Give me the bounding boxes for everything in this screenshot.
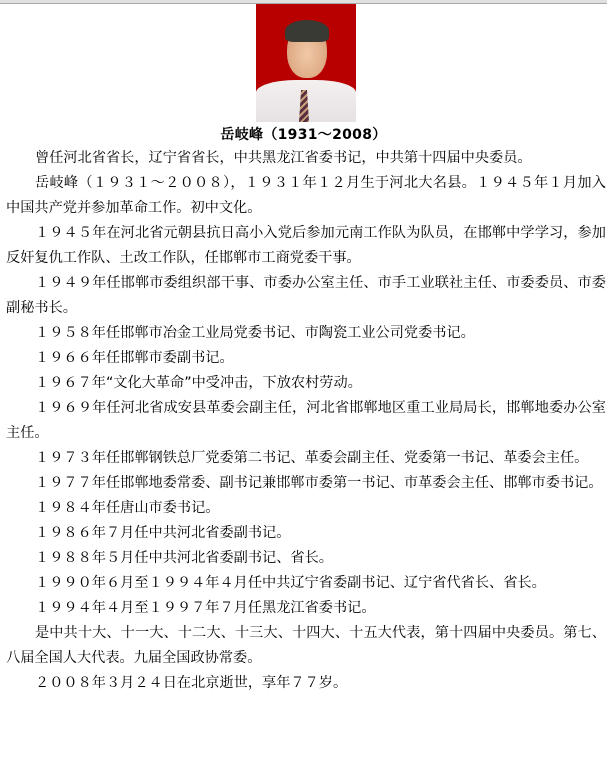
paragraph-1990: １９９０年６月至１９９４年４月任中共辽宁省委副书记、辽宁省代省长、省长。: [6, 571, 606, 596]
portrait-photo: [256, 4, 356, 122]
paragraph-summary: 曾任河北省省长，辽宁省省长，中共黑龙江省委书记，中共第十四届中央委员。: [6, 146, 606, 171]
paragraph-1945: １９４５年在河北省元朝县抗日高小入党后参加元南工作队为队员，在邯郸中学学习，参加…: [6, 221, 606, 271]
paragraph-1969: １９６９年任河北省成安县革委会副主任，河北省邯郸地区重工业局局长，邯郸地委办公室…: [6, 396, 606, 446]
paragraph-1977: １９７７年任邯郸地委常委、副书记兼邯郸市委第一书记、市革委会主任、邯郸市委书记。: [6, 471, 606, 496]
photo-hair: [285, 20, 329, 42]
paragraph-1994: １９９４年４月至１９９７年７月任黑龙江省委书记。: [6, 596, 606, 621]
page-title: 岳岐峰（1931～2008）: [0, 126, 607, 144]
biography-body: 曾任河北省省长，辽宁省省长，中共黑龙江省委书记，中共第十四届中央委员。 岳岐峰（…: [6, 146, 606, 696]
paragraph-congress: 是中共十大、十一大、十二大、十三大、十四大、十五大代表，第十四届中央委员。第七、…: [6, 621, 606, 671]
paragraph-1986: １９８６年７月任中共河北省委副书记。: [6, 521, 606, 546]
paragraph-1958: １９５８年任邯郸市冶金工业局党委书记、市陶瓷工业公司党委书记。: [6, 321, 606, 346]
paragraph-death: ２００８年３月２４日在北京逝世，享年７７岁。: [6, 671, 606, 696]
paragraph-1967: １９６７年“文化大革命”中受冲击，下放农村劳动。: [6, 371, 606, 396]
paragraph-birth: 岳岐峰（１９３１～２００８），１９３１年１２月生于河北大名县。１９４５年１月加入…: [6, 171, 606, 221]
paragraph-1984: １９８４年任唐山市委书记。: [6, 496, 606, 521]
paragraph-1988: １９８８年５月任中共河北省委副书记、省长。: [6, 546, 606, 571]
paragraph-1966: １９６６年任邯郸市委副书记。: [6, 346, 606, 371]
paragraph-1949: １９４９年任邯郸市委组织部干事、市委办公室主任、市手工业联社主任、市委委员、市委…: [6, 271, 606, 321]
portrait-image: [256, 4, 356, 122]
paragraph-1973: １９７３年任邯郸钢铁总厂党委第二书记、革委会副主任、党委第一书记、革委会主任。: [6, 446, 606, 471]
